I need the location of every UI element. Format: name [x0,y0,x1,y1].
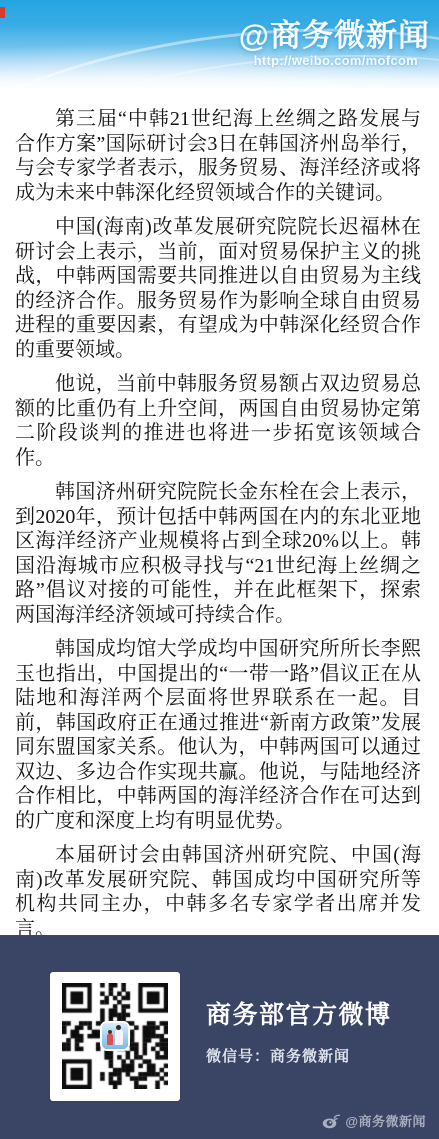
wechat-id-line: 微信号：商务微新闻 [206,1045,392,1066]
header-banner: @商务微新闻 http://weibo.com/mofcom [0,0,439,90]
corner-red-mark [0,7,5,18]
article-paragraph: 韩国济州研究院院长金东栓在会上表示，到2020年，预计包括中韩两国在内的东北亚地… [15,480,421,627]
article-paragraph: 韩国成均馆大学成均中国研究所所长李熙玉也指出，中国提出的“一带一路”倡议正在从陆… [15,637,421,833]
article-paragraph: 本届研讨会由韩国济州研究院、中国(海南)改革发展研究院、韩国成均中国研究所等机构… [15,843,421,941]
article-paragraph: 中国(海南)改革发展研究院院长迟福林在研讨会上表示，当前，面对贸易保护主义的挑战… [15,215,421,362]
footer-info: 商务部官方微博 微信号：商务微新闻 [206,1001,392,1066]
watermark-text: @商务微新闻 [345,1111,426,1130]
header-brand: @商务微新闻 http://weibo.com/mofcom [239,20,430,67]
weibo-icon [322,1113,341,1129]
footer-banner: 商务部官方微博 微信号：商务微新闻 @商务微新闻 [0,935,439,1139]
person-figure-red [107,1034,113,1045]
weibo-long-post: @商务微新闻 http://weibo.com/mofcom 第三届“中韩21世… [0,0,439,1139]
article-body: 第三届“中韩21世纪海上丝绸之路发展与合作方案”国际研讨会3日在韩国济州岛举行，… [0,90,439,951]
article-paragraph: 第三届“中韩21世纪海上丝绸之路发展与合作方案”国际研讨会3日在韩国济州岛举行，… [15,107,421,205]
article-paragraph: 他说，当前中韩服务贸易额占双边贸易总额的比重仍有上升空间，两国自由贸易协定第二阶… [15,372,421,470]
people-avatar-icon [102,1023,128,1049]
qr-card [50,972,180,1101]
weibo-url: http://weibo.com/mofcom [239,54,430,67]
person-figure-white [115,1030,123,1045]
watermark: @商务微新闻 [322,1111,426,1130]
weibo-handle: @商务微新闻 [239,20,430,51]
official-weibo-title: 商务部官方微博 [206,1001,392,1029]
